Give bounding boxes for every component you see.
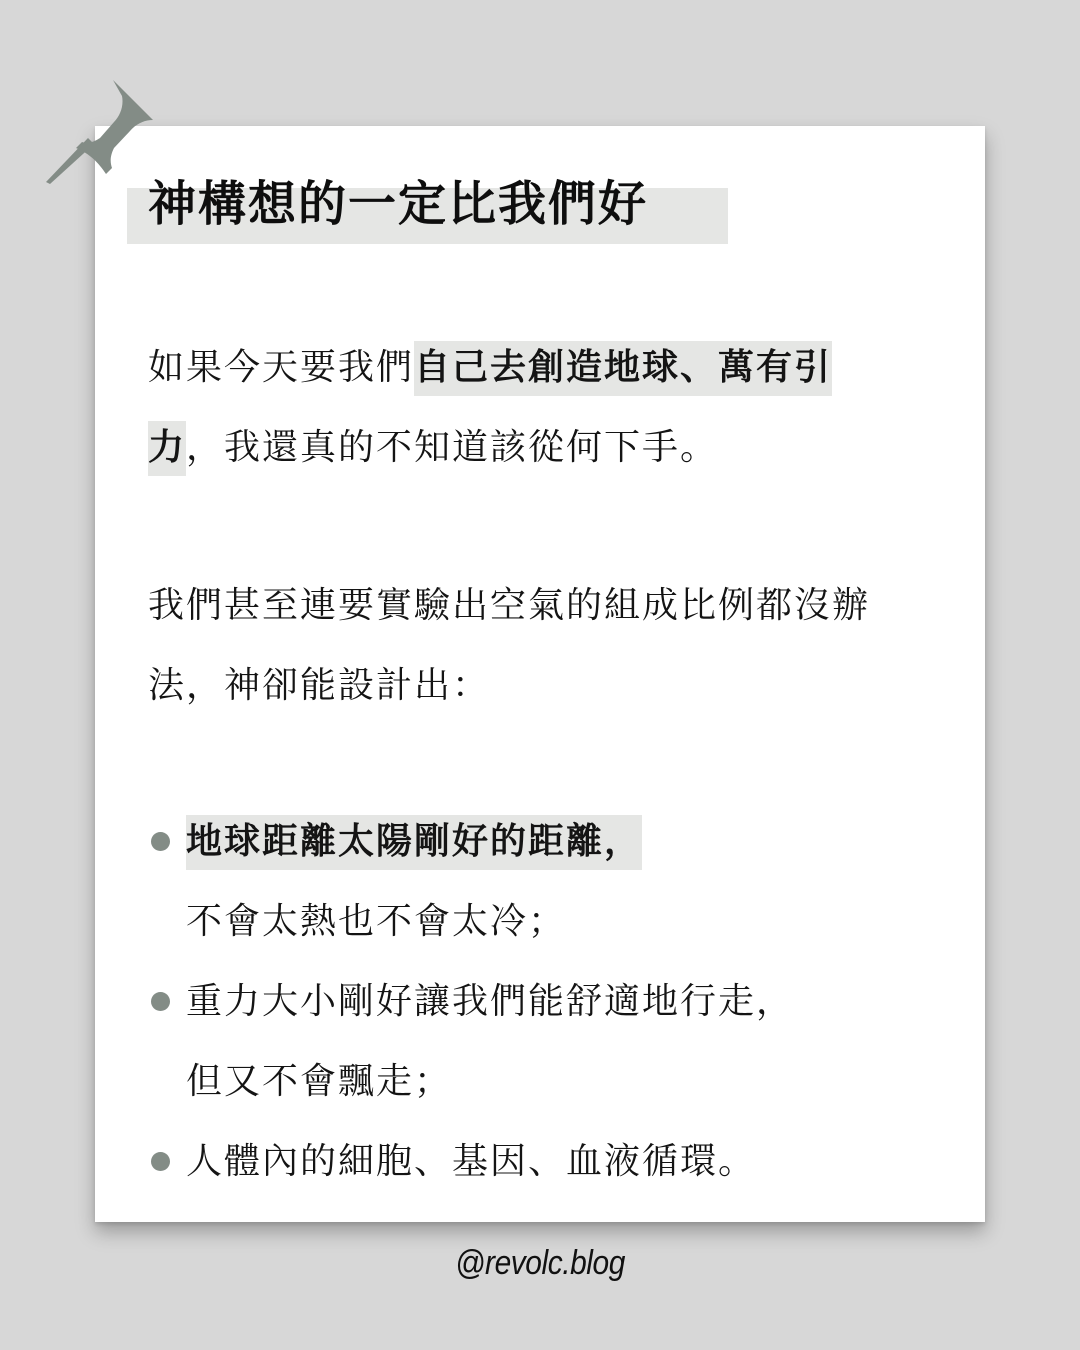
intro-highlight-text-cont: 力	[148, 421, 186, 476]
intro-plain-text-cont: ，我還真的不知道該從何下手。	[186, 427, 718, 468]
paragraph-intro: 如果今天要我們自己去創造地球、萬有引 力，我還真的不知道該從何下手。	[148, 328, 832, 488]
intro-highlight-text: 自己去創造地球、萬有引	[414, 341, 832, 396]
bullet-dot-icon	[151, 1152, 170, 1171]
paragraph-body-line-1: 我們甚至連要實驗出空氣的組成比例都沒辦	[148, 566, 870, 646]
paragraph-body-line-2: 法，神卻能設計出：	[148, 646, 870, 726]
paragraph-intro-line-1: 如果今天要我們自己去創造地球、萬有引	[148, 328, 832, 408]
list-item-line-2: 但又不會飄走；	[186, 1042, 794, 1122]
list-item: 重力大小剛好讓我們能舒適地行走， 但又不會飄走；	[148, 962, 794, 1122]
bullet-list: 地球距離太陽剛好的距離， 不會太熱也不會太冷； 重力大小剛好讓我們能舒適地行走，…	[148, 802, 794, 1202]
list-item: 地球距離太陽剛好的距離， 不會太熱也不會太冷；	[148, 802, 794, 962]
page-title: 神構想的一定比我們好	[148, 176, 648, 232]
footer-handle: @revolc.blog	[65, 1244, 1015, 1283]
content-card: 神構想的一定比我們好 如果今天要我們自己去創造地球、萬有引 力，我還真的不知道該…	[95, 126, 985, 1222]
paragraph-intro-line-2: 力，我還真的不知道該從何下手。	[148, 408, 832, 488]
bullet-dot-icon	[151, 992, 170, 1011]
list-item-line-1: 重力大小剛好讓我們能舒適地行走，	[186, 962, 794, 1042]
pushpin-icon	[40, 76, 160, 188]
bullet-dot-icon	[151, 832, 170, 851]
paragraph-body: 我們甚至連要實驗出空氣的組成比例都沒辦 法，神卻能設計出：	[148, 566, 870, 726]
list-item-line-2: 不會太熱也不會太冷；	[186, 882, 794, 962]
list-item-highlight: 地球距離太陽剛好的距離，	[186, 815, 642, 870]
intro-plain-text: 如果今天要我們	[148, 347, 414, 388]
list-item: 人體內的細胞、基因、血液循環。	[148, 1122, 794, 1202]
list-item-line-1: 地球距離太陽剛好的距離，	[186, 802, 794, 882]
list-item-line-1: 人體內的細胞、基因、血液循環。	[186, 1122, 794, 1202]
